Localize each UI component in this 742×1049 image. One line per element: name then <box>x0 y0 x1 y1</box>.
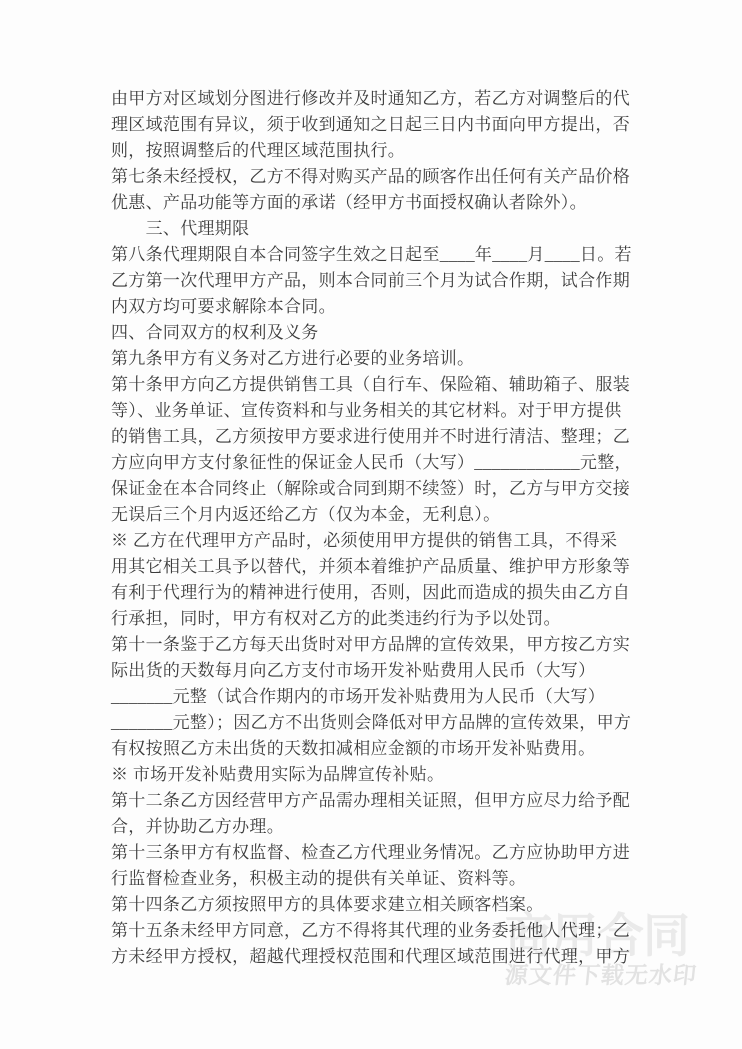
text-line: 行承担，同时，甲方有权对乙方的此类违约行为予以处罚。 <box>111 606 641 632</box>
text-line: 无误后三个月内返还给乙方（仅为本金，无利息）。 <box>111 502 641 528</box>
text-line: 用其它相关工具予以替代，并须本着维护产品质量、维护甲方形象等 <box>111 554 641 580</box>
text-line: 保证金在本合同终止（解除或合同到期不续签）时，乙方与甲方交接 <box>111 476 641 502</box>
text-line: 理区域范围有异议，须于收到通知之日起三日内书面向甲方提出，否 <box>111 112 641 138</box>
text-line: 第七条未经授权，乙方不得对购买产品的顾客作出任何有关产品价格 <box>111 164 641 190</box>
text-line: 内双方均可要求解除本合同。 <box>111 294 641 320</box>
text-line: 第九条甲方有义务对乙方进行必要的业务培训。 <box>111 346 641 372</box>
text-line: 第十二条乙方因经营甲方产品需办理相关证照，但甲方应尽力给予配 <box>111 788 641 814</box>
text-line: 第十条甲方向乙方提供销售工具（自行车、保险箱、辅助箱子、服装 <box>111 372 641 398</box>
text-line: 方未经甲方授权，超越代理授权范围和代理区域范围进行代理，甲方 <box>111 944 641 970</box>
text-line: 第十五条未经甲方同意，乙方不得将其代理的业务委托他人代理；乙 <box>111 918 641 944</box>
document-page: 商用合同 源文件下载无水印 由甲方对区域划分图进行修改并及时通知乙方，若乙方对调… <box>0 0 742 1049</box>
text-line: 方应向甲方支付象征性的保证金人民币（大写）____________元整， <box>111 450 641 476</box>
text-line: 第十一条鉴于乙方每天出货时对甲方品牌的宣传效果，甲方按乙方实 <box>111 632 641 658</box>
text-line: 第十四条乙方须按照甲方的具体要求建立相关顾客档案。 <box>111 892 641 918</box>
text-line: 三、代理期限 <box>111 216 641 242</box>
text-line: ※ 乙方在代理甲方产品时，必须使用甲方提供的销售工具，不得采 <box>111 528 641 554</box>
document-body: 由甲方对区域划分图进行修改并及时通知乙方，若乙方对调整后的代理区域范围有异议，须… <box>111 86 641 970</box>
text-line: 优惠、产品功能等方面的承诺（经甲方书面授权确认者除外）。 <box>111 190 641 216</box>
text-line: 的销售工具，乙方须按甲方要求进行使用并不时进行清洁、整理；乙 <box>111 424 641 450</box>
text-line: 由甲方对区域划分图进行修改并及时通知乙方，若乙方对调整后的代 <box>111 86 641 112</box>
text-line: 行监督检查业务，积极主动的提供有关单证、资料等。 <box>111 866 641 892</box>
text-line: 际出货的天数每月向乙方支付市场开发补贴费用人民币（大写） <box>111 658 641 684</box>
text-line: 有权按照乙方未出货的天数扣减相应金额的市场开发补贴费用。 <box>111 736 641 762</box>
text-line: 第八条代理期限自本合同签字生效之日起至____年____月____日。若 <box>111 242 641 268</box>
text-line: _______元整）；因乙方不出货则会降低对甲方品牌的宣传效果，甲方 <box>111 710 641 736</box>
text-line: 四、合同双方的权利及义务 <box>111 320 641 346</box>
text-line: ※ 市场开发补贴费用实际为品牌宣传补贴。 <box>111 762 641 788</box>
text-line: 则，按照调整后的代理区域范围执行。 <box>111 138 641 164</box>
text-line: 第十三条甲方有权监督、检查乙方代理业务情况。乙方应协助甲方进 <box>111 840 641 866</box>
text-line: _______元整（试合作期内的市场开发补贴费用为人民币（大写） <box>111 684 641 710</box>
text-line: 有利于代理行为的精神进行使用，否则，因此而造成的损失由乙方自 <box>111 580 641 606</box>
text-line: 等）、业务单证、宣传资料和与业务相关的其它材料。对于甲方提供 <box>111 398 641 424</box>
text-line: 乙方第一次代理甲方产品，则本合同前三个月为试合作期，试合作期 <box>111 268 641 294</box>
text-line: 合，并协助乙方办理。 <box>111 814 641 840</box>
